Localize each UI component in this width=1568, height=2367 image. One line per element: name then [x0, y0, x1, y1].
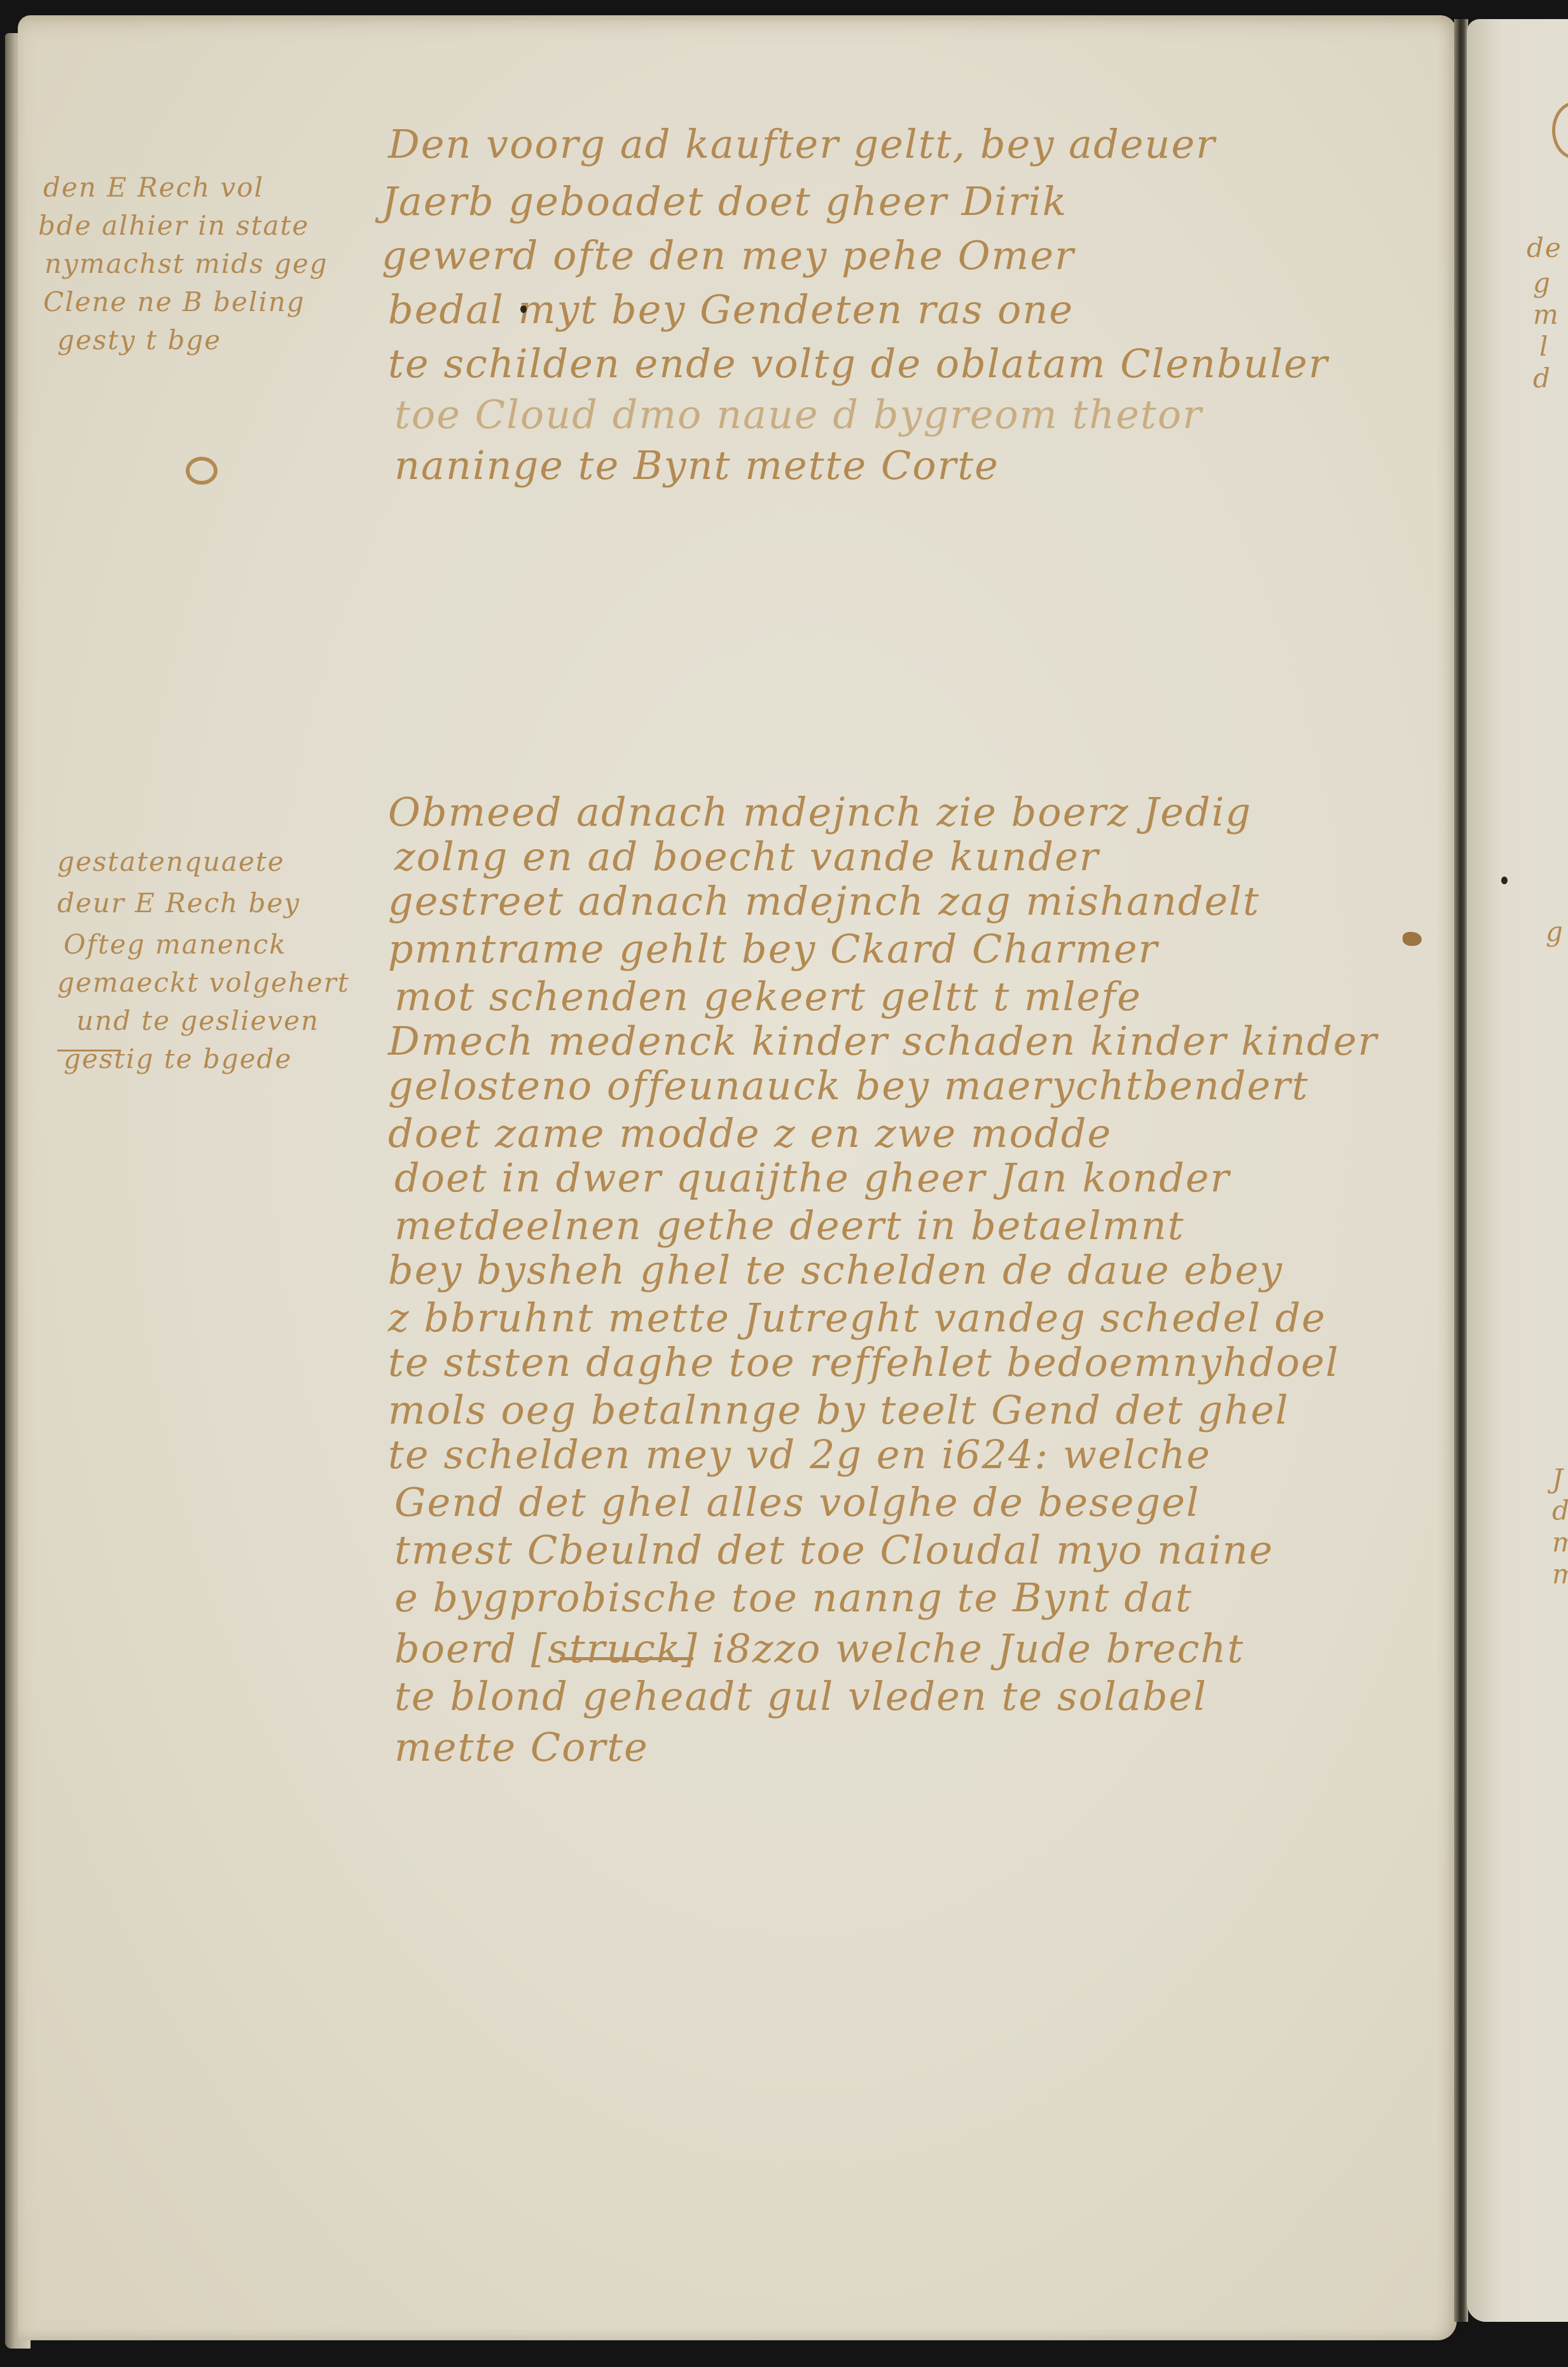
margin-rule: [57, 1050, 121, 1052]
text-line: naninge te Bynt mette Corte: [394, 442, 999, 489]
fragment: d: [1552, 1495, 1568, 1526]
facing-page: [1467, 19, 1568, 2322]
fragment: d: [1533, 363, 1551, 394]
text-line: doet in dwer quaijthe gheer Jan konder: [394, 1155, 1230, 1201]
text-line: te ststen daghe toe reffehlet bedoemnyhd…: [388, 1339, 1340, 1385]
text-line: doet zame modde z en zwe modde: [388, 1110, 1112, 1156]
fragment: l: [1539, 331, 1549, 362]
ink-blot: [1403, 932, 1422, 946]
fragment: m: [1552, 1558, 1568, 1590]
book-gutter: [1454, 19, 1468, 2322]
text-line: zolng en ad boecht vande kunder: [394, 833, 1099, 880]
text-line: Den voorg ad kaufter geltt, bey adeuer: [388, 121, 1216, 167]
ink-spot: [1501, 877, 1508, 884]
margin-line: gestatenquaete: [57, 846, 285, 877]
text-line: gestreet adnach mdejnch zag mishandelt: [388, 878, 1260, 924]
text-line: te blond geheadt gul vleden te solabel: [394, 1673, 1207, 1719]
fragment: m: [1533, 299, 1560, 330]
margin-line: gestig te bgede: [64, 1043, 292, 1074]
ink-spot: [520, 305, 527, 313]
text-line: mols oeg betalnnge by teelt Gend det ghe…: [388, 1387, 1289, 1433]
text-line: toe Cloud dmo naue d bygreom thetor: [394, 391, 1203, 438]
margin-line: und te geslieven: [76, 1005, 319, 1036]
text-line: mot schenden gekeert geltt t mlefe: [394, 973, 1142, 1020]
fragment: de: [1527, 232, 1562, 263]
text-line: Obmeed adnach mdejnch zie boerz Jedig: [388, 789, 1252, 835]
fragment: g: [1533, 267, 1551, 298]
text-line: pmntrame gehlt bey Ckard Charmer: [388, 926, 1158, 972]
text-line: Gend det ghel alles volghe de besegel: [394, 1479, 1200, 1525]
text-line: z bbruhnt mette Jutreght vandeg schedel …: [388, 1295, 1326, 1341]
fragment: m: [1552, 1527, 1568, 1558]
text-line: Jaerb geboadet doet gheer Dirik: [382, 178, 1067, 225]
circle-mark-icon: [186, 457, 218, 485]
fragment: g: [1546, 916, 1564, 947]
text-line: tmest Cbeulnd det toe Cloudal myo naine: [394, 1527, 1273, 1573]
fragment: J: [1552, 1463, 1564, 1494]
text-line: metdeelnen gethe deert in betaelmnt: [394, 1202, 1184, 1249]
text-line: te schelden mey vd 2g en i624: welche: [388, 1431, 1211, 1478]
text-line: Dmech medenck kinder schaden kinder kind…: [388, 1018, 1378, 1064]
text-line: bedal myt bey Gendeten ras one: [388, 286, 1074, 333]
strikethrough-mark: [560, 1657, 693, 1660]
text-line: boerd [struck] i8zzo welche Jude brecht: [394, 1625, 1244, 1672]
text-line: gewerd ofte den mey pehe Omer: [382, 232, 1075, 279]
text-line: bey bysheh ghel te schelden de daue ebey: [388, 1247, 1283, 1293]
text-line: gelosteno offeunauck bey maerychtbendert: [388, 1062, 1309, 1109]
margin-line: gemaeckt volgehert: [57, 967, 350, 998]
margin-line: bde alhier in state: [38, 210, 309, 241]
text-line: e bygprobische toe nanng te Bynt dat: [394, 1574, 1193, 1621]
margin-line: Ofteg manenck: [64, 929, 287, 960]
margin-line: gesty t bge: [57, 324, 221, 356]
margin-line: den E Rech vol: [43, 172, 264, 203]
margin-line: deur E Rech bey: [57, 887, 300, 919]
text-line: mette Corte: [394, 1724, 649, 1770]
margin-line: Clene ne B beling: [43, 286, 305, 317]
margin-line: nymachst mids geg: [45, 248, 328, 279]
text-line: te schilden ende voltg de oblatam Clenbu…: [388, 340, 1329, 387]
